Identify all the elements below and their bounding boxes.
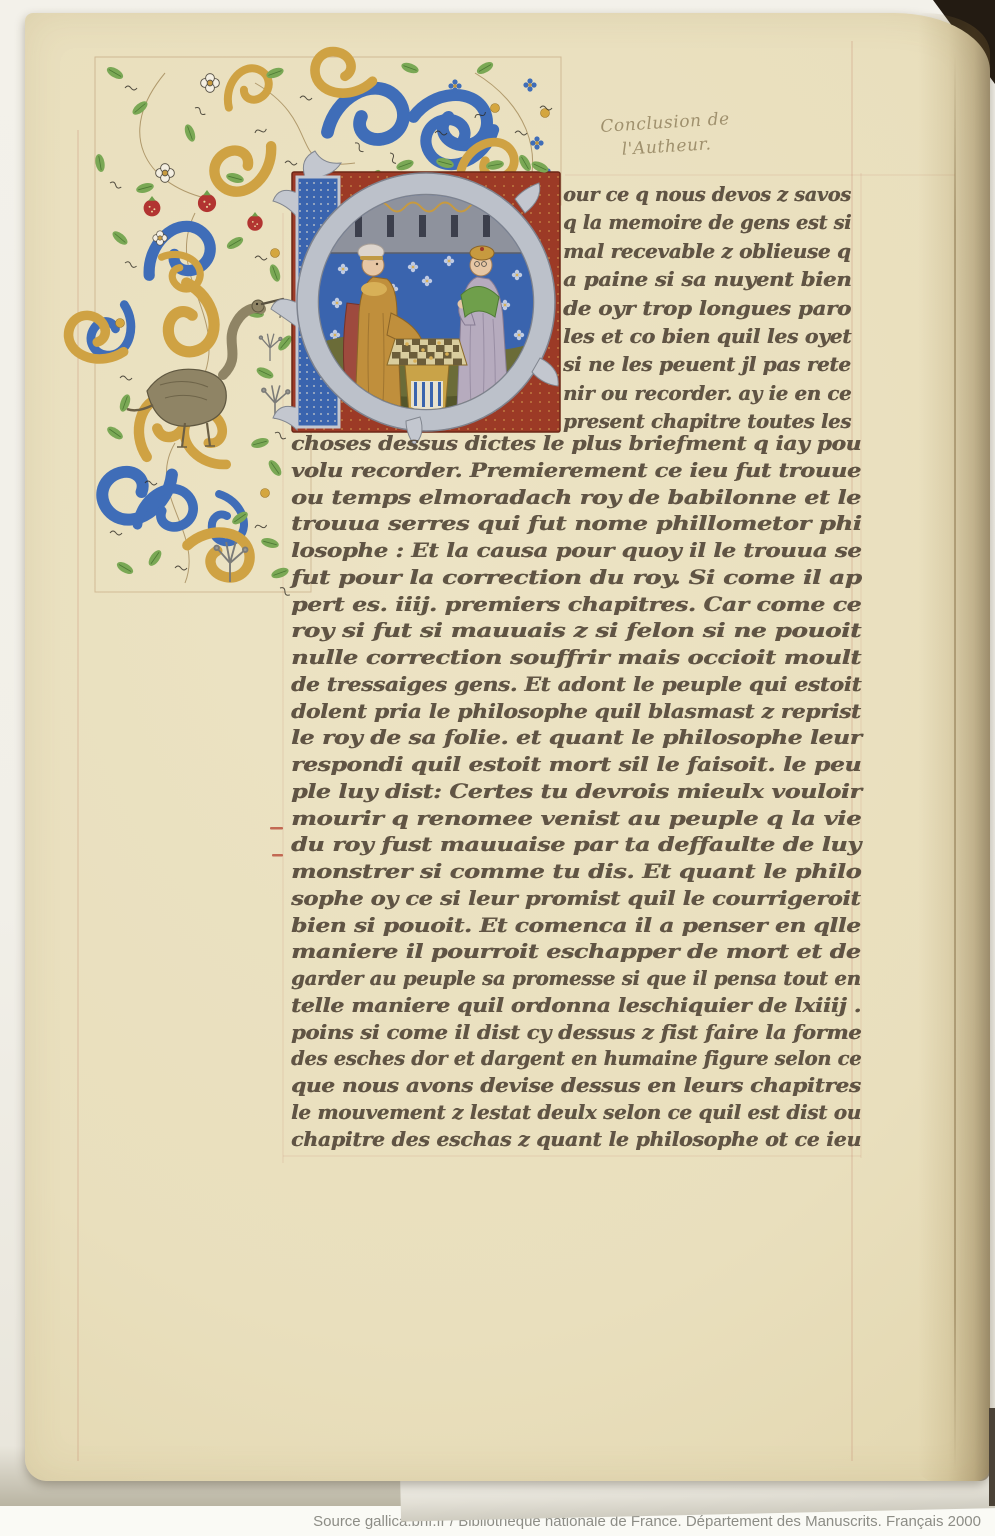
text-line: q la memoire de gens est si — [563, 211, 851, 234]
text-line: telle maniere quil ordonna leschiquier d… — [291, 994, 861, 1017]
king-figure — [343, 244, 431, 409]
text-line: ou temps elmoradach roy de babilonne et … — [291, 486, 861, 509]
text-line: nir ou recorder. ay ie en ce — [563, 382, 851, 405]
text-line: le mouvement z lestat deulx selon ce qui… — [291, 1101, 861, 1124]
text-line: maniere il pourroit eschapper de mort et… — [291, 940, 861, 963]
scanner-background: Conclusion de l'Autheur. our ce q nous d… — [0, 0, 995, 1506]
text-line: respondi quil estoit mort sil le faisoit… — [291, 753, 861, 776]
text-line: trouua serres qui fut nome phillometor p… — [291, 512, 861, 535]
flowers-left — [116, 231, 290, 582]
text-line: le roy de sa folie. et quant le philosop… — [291, 726, 862, 749]
chess-table — [387, 339, 467, 413]
screenshot: Conclusion de l'Autheur. our ce q nous d… — [0, 0, 995, 1536]
leaves-top — [94, 60, 533, 195]
text-line: dolent pria le philosophe quil blasmast … — [291, 700, 861, 723]
ground — [319, 335, 533, 409]
text-line: losophe : Et la causa pour quoy il le tr… — [291, 539, 861, 562]
initial-bowl — [297, 173, 558, 445]
text-line: fut pour la correction du roy. Si come i… — [291, 566, 861, 589]
text-line: des esches dor et dargent en humaine fig… — [291, 1047, 861, 1070]
text-line: mal recevable z oblieuse q — [563, 240, 851, 263]
text-line: que nous avons devise dessus en leurs ch… — [291, 1074, 861, 1097]
text-line: our ce q nous devos z savos — [563, 183, 851, 206]
annotation-conclusion: Conclusion de l'Autheur. — [600, 107, 732, 163]
manuscript-page: Conclusion de l'Autheur. our ce q nous d… — [25, 13, 990, 1481]
chess-pieces — [405, 341, 449, 363]
acanthus-scrolls-top — [207, 46, 517, 200]
text-line: du roy fust mauuaise par ta deffaulte de… — [291, 833, 861, 856]
text-line: mourir q renomee venist au peuple q la v… — [291, 807, 861, 830]
text-line: volu recorder. Premierement ce ieu fut t… — [291, 459, 861, 482]
text-line: a paine si sa nuyent bien — [563, 268, 851, 291]
text-line: choses dessus dictes le plus briefment q… — [291, 432, 861, 455]
text-line: nulle correction souffrir mais occioit m… — [291, 646, 861, 669]
chessboard-squares — [392, 339, 462, 365]
leaves-left — [105, 229, 294, 581]
chess-scene — [319, 195, 533, 413]
text-line: bien si pouoit. Et comenca il a penser e… — [291, 914, 861, 937]
text-line: garder au peuple sa promesse si que il p… — [291, 967, 861, 990]
text-line: monstrer si comme tu dis. Et quant le ph… — [291, 860, 861, 883]
text-line: sophe oy ce si leur promist quil le cour… — [291, 887, 860, 910]
castle-wall — [319, 195, 533, 253]
book-edge-shadow — [989, 1408, 995, 1506]
text-line: pert es. iiij. premiers chapitres. Car c… — [291, 593, 861, 616]
text-line: present chapitre toutes les — [563, 410, 851, 433]
text-line: de oyr trop longues paro — [563, 297, 851, 320]
strawberries — [144, 190, 263, 231]
philosopher-figure — [457, 246, 509, 411]
flowers-top — [156, 74, 555, 188]
acanthus-scrolls-left — [61, 217, 256, 583]
text-line: roy si fut si mauuais z si felon si ne p… — [291, 619, 861, 642]
rubrication-marks — [270, 827, 283, 857]
text-line: poins si come il dist cy dessus z fist f… — [291, 1021, 861, 1044]
text-line: de tressaiges gens. Et adont le peuple q… — [291, 673, 861, 696]
text-line: ple luy dist: Certes tu devrois mieulx v… — [291, 780, 861, 803]
text-line: si ne les peuent jl pas rete — [563, 353, 851, 376]
diaper-quatrefoils — [330, 256, 524, 340]
text-line: les et co bien quil les oyet — [563, 325, 851, 348]
page-crease — [954, 53, 956, 1471]
initial-shaft — [271, 151, 341, 430]
heron-bird — [127, 299, 283, 447]
text-line: chapitre des eschas z quant le philosoph… — [291, 1128, 861, 1151]
miniature-initial — [271, 151, 560, 445]
